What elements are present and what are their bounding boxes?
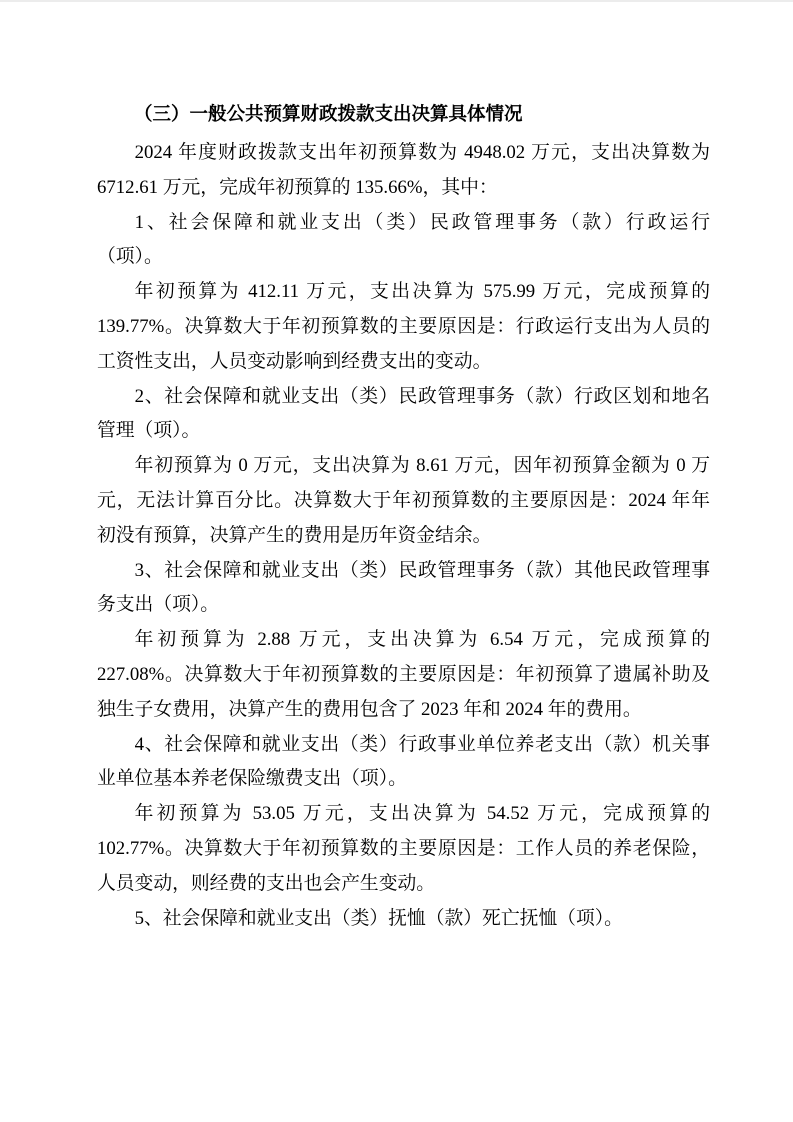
- paragraph-line: 年初预算为 412.11 万元，支出决算为 575.99 万元，完成预算的: [97, 275, 710, 310]
- paragraph-line: 4、社会保障和就业支出（类）行政事业单位养老支出（款）机关事: [97, 728, 710, 763]
- document-content: （三）一般公共预算财政拨款支出决算具体情况 2024 年度财政拨款支出年初预算数…: [97, 101, 710, 936]
- document-page: （三）一般公共预算财政拨款支出决算具体情况 2024 年度财政拨款支出年初预算数…: [0, 0, 793, 1122]
- paragraph-line: 139.77%。决算数大于年初预算数的主要原因是：行政运行支出为人员的: [97, 310, 710, 345]
- paragraph-line: 工资性支出，人员变动影响到经费支出的变动。: [97, 345, 710, 380]
- paragraph-line: 年初预算为 2.88 万元，支出决算为 6.54 万元，完成预算的: [97, 623, 710, 658]
- paragraph-line: 2024 年度财政拨款支出年初预算数为 4948.02 万元，支出决算数为: [97, 136, 710, 171]
- paragraph-line: 1、社会保障和就业支出（类）民政管理事务（款）行政运行: [97, 206, 710, 241]
- paragraph-line: 年初预算为 0 万元，支出决算为 8.61 万元，因年初预算金额为 0 万: [97, 449, 710, 484]
- paragraph-line: 初没有预算，决算产生的费用是历年资金结余。: [97, 519, 710, 554]
- paragraph-line: 6712.61 万元，完成年初预算的 135.66%，其中：: [97, 171, 710, 206]
- paragraph-line: 人员变动，则经费的支出也会产生变动。: [97, 867, 710, 902]
- paragraph-line: 管理（项）。: [97, 414, 710, 449]
- section-heading: （三）一般公共预算财政拨款支出决算具体情况: [97, 101, 710, 127]
- paragraph-line: 业单位基本养老保险缴费支出（项）。: [97, 762, 710, 797]
- paragraph-line: 元，无法计算百分比。决算数大于年初预算数的主要原因是：2024 年年: [97, 484, 710, 519]
- paragraph-line: 3、社会保障和就业支出（类）民政管理事务（款）其他民政管理事: [97, 554, 710, 589]
- paragraph-line: 2、社会保障和就业支出（类）民政管理事务（款）行政区划和地名: [97, 380, 710, 415]
- paragraph-line: （项）。: [97, 240, 710, 275]
- paragraph-line: 务支出（项）。: [97, 588, 710, 623]
- paragraph-line: 5、社会保障和就业支出（类）抚恤（款）死亡抚恤（项）。: [97, 902, 710, 937]
- paragraph-line: 独生子女费用，决算产生的费用包含了 2023 年和 2024 年的费用。: [97, 693, 710, 728]
- scan-edge-artifact: [0, 0, 793, 2]
- paragraph-line: 102.77%。决算数大于年初预算数的主要原因是：工作人员的养老保险，: [97, 832, 710, 867]
- paragraph-line: 227.08%。决算数大于年初预算数的主要原因是：年初预算了遗属补助及: [97, 658, 710, 693]
- document-body: 2024 年度财政拨款支出年初预算数为 4948.02 万元，支出决算数为671…: [97, 136, 710, 936]
- paragraph-line: 年初预算为 53.05 万元，支出决算为 54.52 万元，完成预算的: [97, 797, 710, 832]
